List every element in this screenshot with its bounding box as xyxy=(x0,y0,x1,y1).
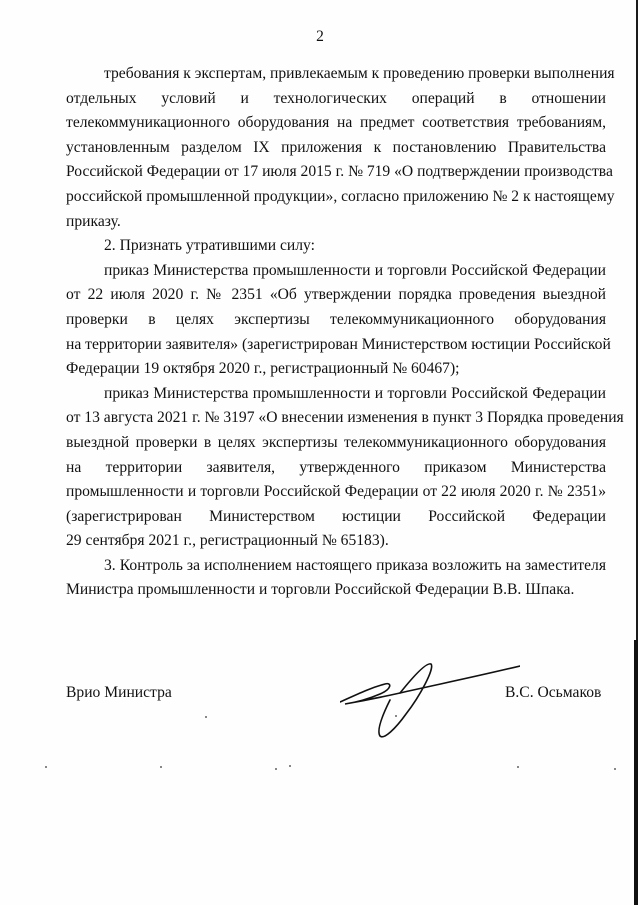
text-line: 2. Признать утратившими силу: xyxy=(66,234,606,259)
text-line: установленным разделом IX приложения к п… xyxy=(66,136,606,161)
text-line: приказ Министерства промышленности и тор… xyxy=(66,382,606,407)
text-line: приказу. xyxy=(66,210,606,235)
scan-speck xyxy=(205,716,207,718)
text-line: отдельных условий и технологических опер… xyxy=(66,87,606,112)
signatory-name: В.С. Осьмаков xyxy=(505,684,601,702)
document-body: требования к экспертам, привлекаемым к п… xyxy=(66,62,606,603)
text-line: Федерации 19 октября 2020 г., регистраци… xyxy=(66,357,606,382)
scan-speck xyxy=(45,766,47,768)
page-number: 2 xyxy=(0,28,640,46)
text-line: Министра промышленности и торговли Росси… xyxy=(66,578,606,603)
text-line: российской промышленной продукции», согл… xyxy=(66,185,606,210)
text-line: от 22 июля 2020 г. № 2351 «Об утверждени… xyxy=(66,283,606,308)
scan-speck xyxy=(275,768,277,770)
text-line: на территории заявителя, утвержденного п… xyxy=(66,456,606,481)
scan-speck xyxy=(289,765,291,767)
text-line: 3. Контроль за исполнением настоящего пр… xyxy=(66,554,606,579)
scan-speck xyxy=(614,768,616,770)
text-line: (зарегистрирован Министерством юстиции Р… xyxy=(66,505,606,530)
signatory-title: Врио Министра xyxy=(66,684,172,702)
text-line: промышленности и торговли Российской Фед… xyxy=(66,480,606,505)
text-line: проверки в целях экспертизы телекоммуник… xyxy=(66,308,606,333)
text-line: телекоммуникационного оборудования на пр… xyxy=(66,111,606,136)
text-line: Российской Федерации от 17 июля 2015 г. … xyxy=(66,160,606,185)
text-line: 29 сентября 2021 г., регистрационный № 6… xyxy=(66,529,606,554)
text-line: на территории заявителя» (зарегистрирова… xyxy=(66,333,606,358)
text-line: приказ Министерства промышленности и тор… xyxy=(66,259,606,284)
document-page: 2 требования к экспертам, привлекаемым к… xyxy=(0,0,640,905)
text-line: требования к экспертам, привлекаемым к п… xyxy=(66,62,606,87)
scan-edge-shadow xyxy=(634,640,638,905)
text-line: выездной проверки в целях экспертизы тел… xyxy=(66,431,606,456)
text-line: от 13 августа 2021 г. № 3197 «О внесении… xyxy=(66,406,606,431)
scan-speck xyxy=(160,766,162,768)
signature-icon xyxy=(340,660,520,760)
scan-speck xyxy=(598,690,600,692)
scan-speck xyxy=(395,715,397,717)
scan-speck xyxy=(517,766,519,768)
